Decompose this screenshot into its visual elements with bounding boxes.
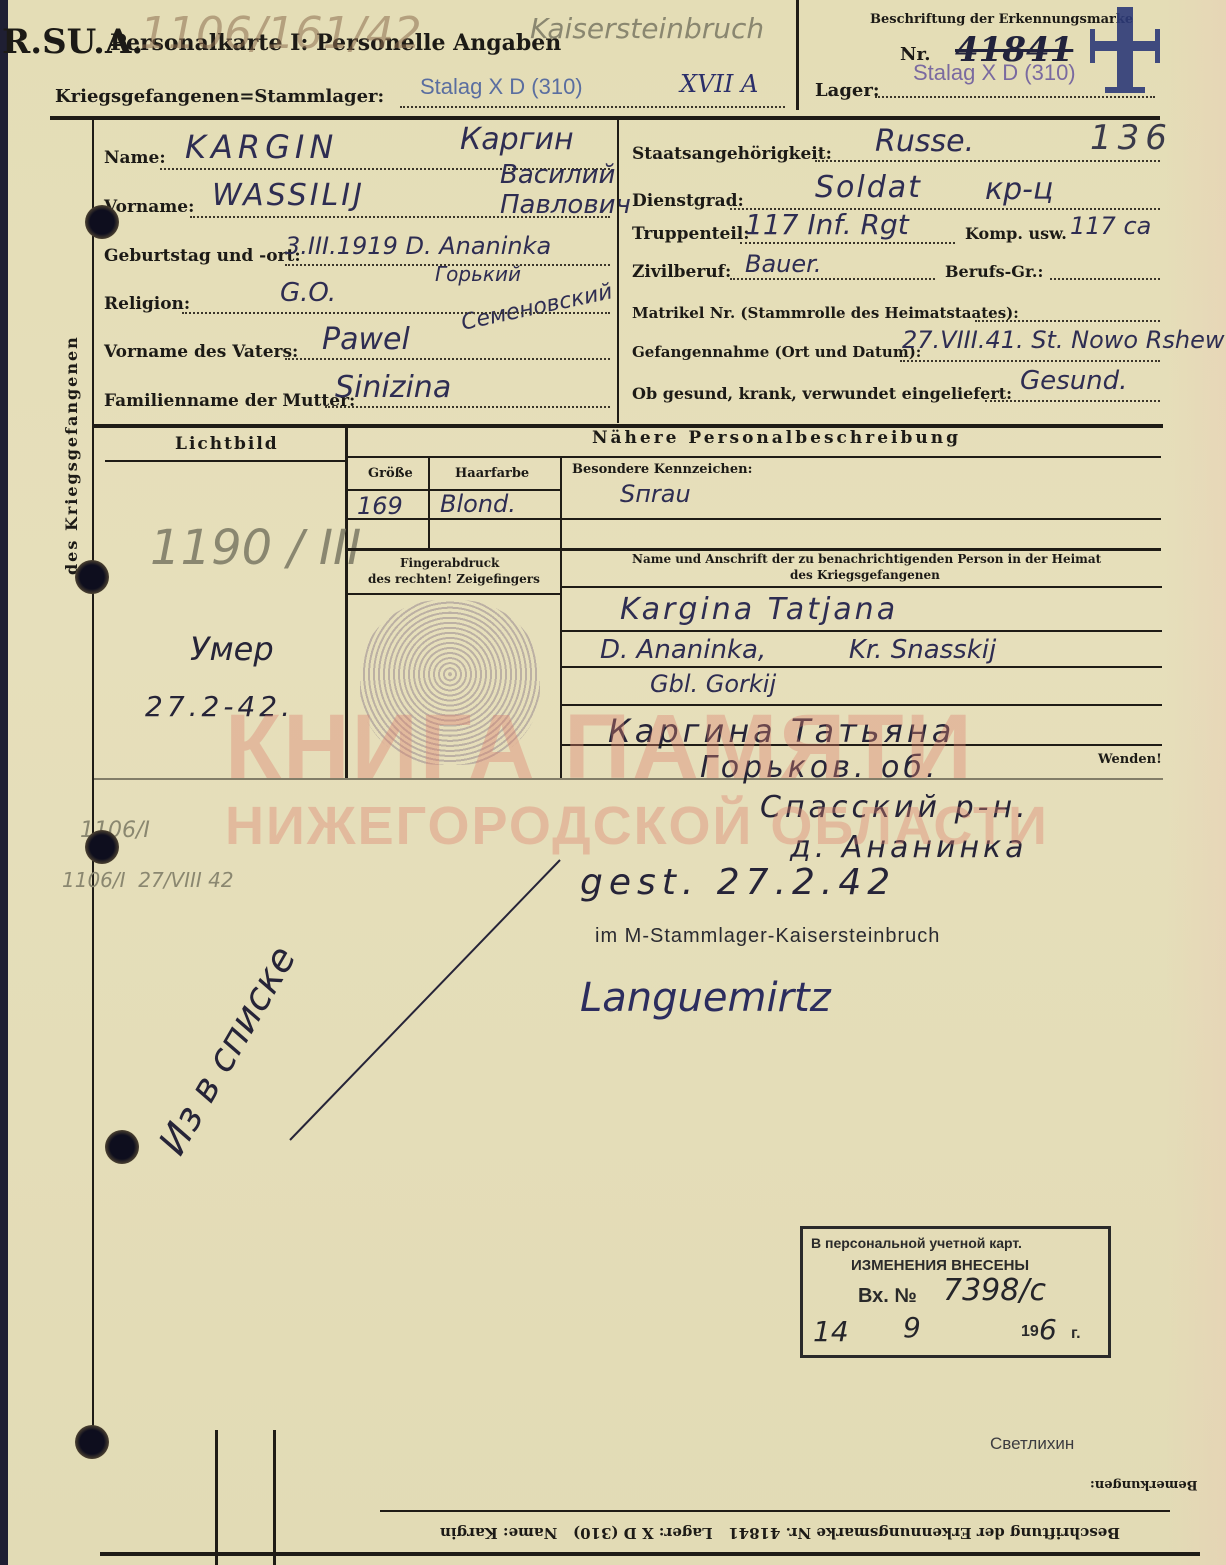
contact-line: Kargina Tatjana (620, 592, 898, 627)
annotation-136: 136 (1090, 118, 1173, 158)
rule (562, 630, 1162, 632)
rule (562, 666, 1162, 668)
soviet-registration-stamp: В персональной учетной карт. ИЗМЕНЕНИЯ В… (800, 1226, 1111, 1358)
field-label-staat: Staatsangehörigkeit: (632, 144, 832, 164)
left-margin-rule (92, 118, 94, 1448)
annotation-semenovsky: Семеновский (459, 279, 615, 335)
field-label-vorname: Vorname: (104, 197, 194, 217)
bottom-rule (100, 1552, 1200, 1556)
rule (346, 593, 561, 595)
field-value-staat: Russe. (875, 124, 974, 159)
hair-label: Haarfarbe (455, 466, 529, 481)
death-date-handwritten: gest. 27.2.42 (580, 862, 896, 903)
rule (215, 1430, 218, 1565)
punch-hole (105, 1130, 139, 1164)
wenden-label: Wenden! (1098, 752, 1162, 767)
rule (346, 518, 1161, 520)
rule (380, 1510, 1170, 1512)
dotted-line (985, 400, 1160, 402)
lager-label: Lager: (815, 80, 880, 101)
stammlager-line (400, 106, 785, 108)
field-value-religion: G.O. (280, 278, 336, 308)
margin-pencil-note: 1106/I 27/VIII 42 (62, 868, 234, 892)
lager-line (875, 96, 1155, 98)
overwritten-number: 1106/161/42 (140, 8, 422, 59)
document-card: R.SU.A. Personalkarte I: Personelle Anga… (0, 0, 1226, 1565)
photo-label: Lichtbild (175, 434, 279, 454)
field-label-dienstgrad: Dienstgrad: (632, 191, 744, 211)
header-rule (50, 116, 1160, 120)
stammlager-label: Kriegsgefangenen=Stammlager: (55, 86, 384, 107)
bemerkungen-inverted: Bemerkungen: (1090, 1477, 1198, 1492)
dotted-line (740, 242, 955, 244)
height-label: Größe (368, 466, 413, 481)
field-label-name: Name: (104, 148, 166, 168)
marks-label: Besondere Kennzeichen: (572, 462, 752, 477)
watermark-line-2: НИЖЕГОРОДСКОЙ ОБЛАСТИ (225, 795, 1049, 857)
stamp-day: 14 (813, 1315, 849, 1348)
dotted-line (190, 216, 610, 218)
field-value-mutter: Sinizina (335, 370, 451, 405)
height-value: 169 (357, 492, 403, 520)
rule (562, 586, 1162, 588)
punch-hole (85, 830, 119, 864)
annotation-krasnoarm: кр-ц (985, 172, 1053, 207)
field-label-geburt: Geburtstag und -ort: (104, 246, 301, 266)
contact-label: Name und Anschrift der zu benachrichtige… (632, 552, 1101, 566)
dotted-line (285, 264, 610, 266)
dotted-line (325, 406, 610, 408)
iron-cross-stamp-icon (1090, 5, 1160, 95)
punch-hole (85, 205, 119, 239)
field-value-gefangennahme: 27.VIII.41. St. Nowo Rshew (902, 326, 1225, 354)
field-label-komp: Komp. usw. (965, 224, 1067, 243)
field-label-gefangennahme: Gefangennahme (Ort und Datum): (632, 343, 921, 361)
stamp-line-2: ИЗМЕНЕНИЯ ВНЕСЕНЫ (851, 1257, 1029, 1274)
rule (428, 458, 430, 548)
annotation-name-cyrillic: Каргин (460, 122, 574, 157)
field-value-truppenteil: 117 Inf. Rgt (745, 208, 909, 241)
punch-hole (75, 1425, 109, 1459)
field-label-berufsgr: Berufs-Gr.: (945, 262, 1043, 281)
description-title: Nähere Personalbeschreibung (592, 428, 961, 448)
annotation-vorname-cyrillic: Василий Павлович (500, 160, 730, 220)
dotted-line (900, 360, 1160, 362)
contact-label-2: des Kriegsgefangenen (790, 568, 940, 582)
photo-pencil-note: 1190 / III (150, 520, 361, 576)
header-divider (796, 0, 799, 110)
field-value-vater: Pawel (322, 322, 410, 357)
dotted-line (975, 320, 1160, 322)
death-location-stamp: im M-Stammlager-Kaisersteinbruch (595, 925, 940, 948)
fingerprint-label: Fingerabdruck (400, 556, 499, 570)
scan-edge (0, 0, 8, 1565)
fingerprint-label-2: des rechten! Zeigefingers (368, 572, 540, 586)
contact-line: D. Ananinka, Kr. Snasskij (600, 635, 996, 665)
inverted-marke-line: Beschriftung der Erkennungsmarke Nr. 418… (440, 1524, 1120, 1542)
svetlikhin-stamp: Светлихин (990, 1434, 1074, 1454)
stamp-vx-label: Вх. № (858, 1285, 917, 1308)
stamp-year-suffix: г. (1071, 1325, 1081, 1343)
field-label-vater: Vorname des Vaters: (104, 342, 298, 362)
field-value-geburt: 3.III.1919 D. Ananinka (285, 232, 551, 260)
field-value-name: KARGIN (185, 128, 338, 166)
pencil-kaisersteinbruch: Kaisersteinbruch (530, 12, 764, 45)
field-value-vorname: WASSILIJ (212, 178, 365, 213)
scan-edge-right (1166, 0, 1226, 1565)
stammlager-stamp: Stalag X D (310) (420, 74, 583, 100)
field-value-komp: 117 ca (1070, 212, 1151, 240)
stamp-year: 6 (1039, 1313, 1057, 1346)
dotted-line (182, 312, 610, 314)
side-label: des Kriegsgefangenen (62, 335, 81, 575)
stamp-vx-value: 7398/с (943, 1273, 1046, 1308)
dotted-line (815, 160, 1160, 162)
stamp-year-prefix: 19 (1021, 1323, 1039, 1341)
diagonal-stroke (270, 850, 570, 1150)
rule (346, 548, 1161, 551)
stamp-line-1: В персональной учетной карт. (811, 1235, 1022, 1251)
died-note: Умер (190, 630, 274, 668)
field-label-zivilberuf: Zivilberuf: (632, 262, 731, 282)
stamp-month: 9 (903, 1311, 921, 1344)
field-label-matrikel: Matrikel Nr. (Stammrolle des Heimatstaat… (632, 304, 1019, 322)
field-label-mutter: Familienname der Mutter: (104, 391, 355, 411)
rule (346, 456, 1161, 458)
lager-stamp: Stalag X D (310) (913, 60, 1076, 86)
contact-line: Gbl. Gorkij (650, 670, 776, 698)
field-label-truppenteil: Truppenteil: (632, 224, 750, 244)
rule (273, 1430, 276, 1565)
field-label-gesund: Ob gesund, krank, verwundet eingeliefert… (632, 384, 1012, 403)
field-label-religion: Religion: (104, 294, 190, 314)
dotted-line (1050, 278, 1160, 280)
field-value-gesund: Gesund. (1020, 366, 1127, 396)
field-value-dienstgrad: Soldat (815, 170, 922, 205)
dotted-line (285, 358, 610, 360)
watermark-line-1: КНИГА ПАМЯТИ (225, 695, 974, 800)
hair-value: Blond. (440, 490, 516, 518)
punch-hole (75, 560, 109, 594)
column-divider (617, 118, 619, 423)
rule (105, 460, 345, 462)
stammlager-handwritten: XVII A (680, 70, 758, 98)
dotted-line (730, 278, 935, 280)
marks-value: Sпrau (620, 480, 691, 508)
field-value-zivilberuf: Bauer. (745, 250, 821, 278)
signature: Languemirtz (580, 975, 831, 1021)
